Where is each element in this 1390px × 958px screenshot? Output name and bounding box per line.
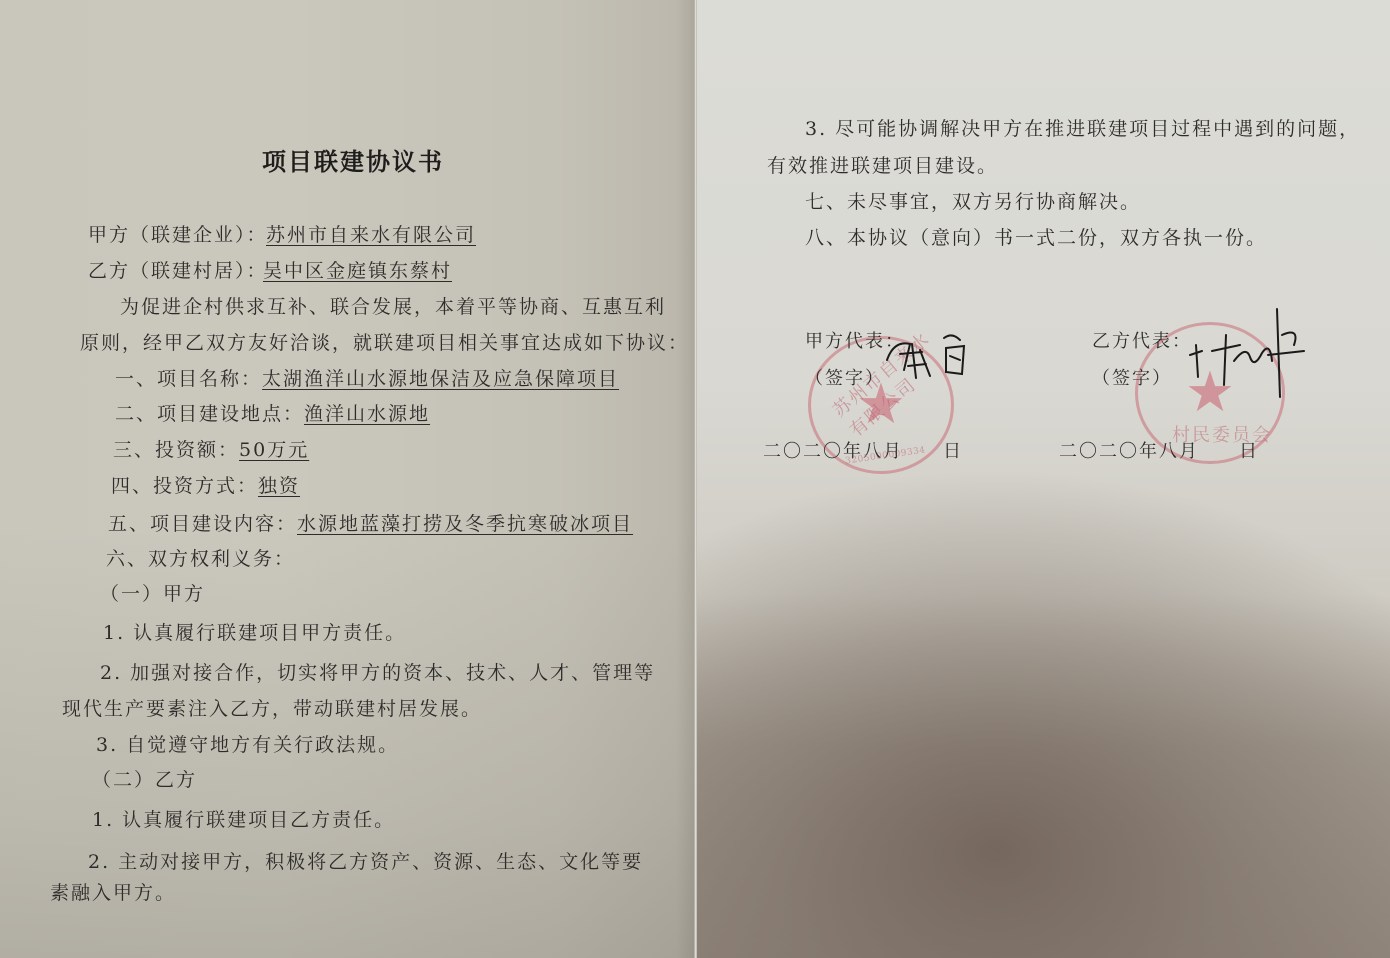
party-b-sign-hint: （签字） [1092,370,1172,388]
party-a-section-heading: （一）甲方 [100,585,205,604]
item-construction-content: 五、项目建设内容：水源地蓝藻打捞及冬季抗寒破冰项目 [108,515,633,534]
party-b-representative-label: 乙方代表： [1092,333,1192,351]
item-value: 渔洋山水源地 [304,403,430,425]
left-page: 项目联建协议书 甲方（联建企业）： 苏州市自来水有限公司 乙方（联建村居）： 吴… [0,0,697,958]
section-six-heading: 六、双方权利义务： [106,550,295,569]
party-b-duty-3-cont: 有效推进联建项目建设。 [767,157,998,176]
party-b-date: 二〇二〇年八月 日 [1059,443,1259,461]
party-a-sign-hint: （签字） [805,370,885,388]
party-a-name: 苏州市自来水有限公司 [266,226,476,245]
party-b-signature [1182,305,1312,405]
party-a-representative-label: 甲方代表： [805,333,905,351]
party-a-duty-1: 1. 认真履行联建项目甲方责任。 [103,624,406,643]
item-value: 水源地蓝藻打捞及冬季抗寒破冰项目 [297,513,633,535]
item-value: 太湖渔洋山水源地保洁及应急保障项目 [262,368,619,390]
item-label: 二、项目建设地点： [115,403,304,425]
party-b-label: 乙方（联建村居）： [88,262,268,281]
party-b-duty-1: 1. 认真履行联建项目乙方责任。 [92,811,395,830]
item-label: 五、项目建设内容： [108,513,297,535]
intro-line-2: 原则，经甲乙双方友好洽谈，就联建项目相关事宜达成如下协议： [80,334,689,353]
party-a-date: 二〇二〇年八月 日 [763,443,963,461]
section-seven: 七、未尽事宜，双方另行协商解决。 [805,193,1141,212]
party-b-section-heading: （二）乙方 [92,771,197,790]
party-a-label: 甲方（联建企业）： [88,226,268,245]
item-label: 四、投资方式： [111,475,258,497]
party-a-duty-2: 2. 加强对接合作，切实将甲方的资本、技术、人才、管理等 [100,664,655,683]
item-project-name: 一、项目名称：太湖渔洋山水源地保洁及应急保障项目 [115,370,619,389]
item-value: 50万元 [239,439,309,461]
intro-line-1: 为促进企村供求互补、联合发展，本着平等协商、互惠互利 [120,298,666,317]
item-project-location: 二、项目建设地点：渔洋山水源地 [115,405,430,424]
item-label: 三、投资额： [113,439,239,461]
party-b-name: 吴中区金庭镇东蔡村 [263,262,452,281]
party-a-duty-2-cont: 现代生产要素注入乙方，带动联建村居发展。 [62,700,482,719]
item-investment-amount: 三、投资额：50万元 [113,441,309,460]
party-a-duty-3: 3. 自觉遵守地方有关行政法规。 [96,736,399,755]
party-b-duty-2: 2. 主动对接甲方，积极将乙方资产、资源、生态、文化等要 [88,853,643,872]
section-eight: 八、本协议（意向）书一式二份，双方各执一份。 [805,229,1267,248]
right-page: 3. 尽可能协调解决甲方在推进联建项目过程中遇到的问题， 有效推进联建项目建设。… [697,0,1390,958]
document-title: 项目联建协议书 [262,150,444,174]
item-value: 独资 [258,475,300,497]
item-label: 一、项目名称： [115,368,262,390]
party-b-duty-2-cont: 素融入甲方。 [50,884,176,903]
item-investment-method: 四、投资方式：独资 [111,477,300,496]
party-b-duty-3: 3. 尽可能协调解决甲方在推进联建项目过程中遇到的问题， [805,120,1360,139]
star-icon: ★ [1185,365,1235,421]
